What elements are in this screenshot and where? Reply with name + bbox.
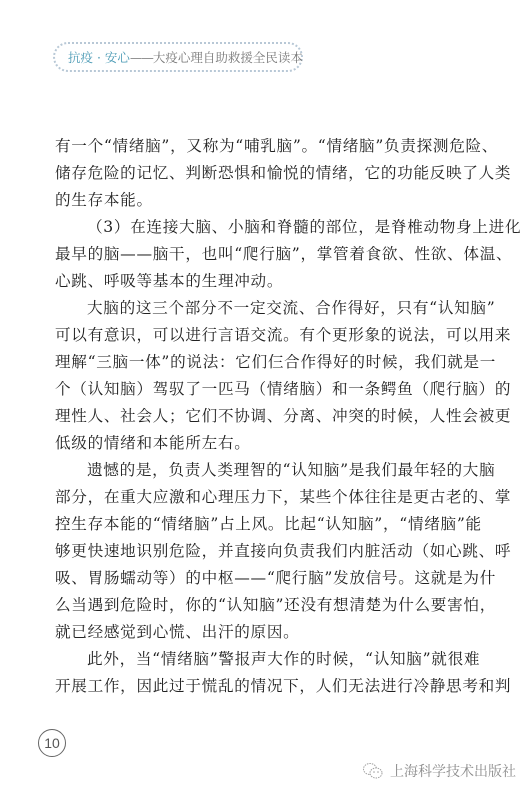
header-dash: ——	[130, 50, 153, 65]
text-line: 理解“三脑一体”的说法：它们仨合作得好的时候，我们就是一	[55, 349, 467, 376]
book-title: 大疫心理自助救援全民读本	[153, 48, 303, 66]
text-line: 此外，当“情绪脑”警报声大作的时候，“认知脑”就很难	[55, 646, 467, 673]
text-line: 有一个“情绪脑”，又称为“哺乳脑”。“情绪脑”负责探测危险、	[55, 133, 467, 160]
text-line: 可以有意识，可以进行言语交流。有个更形象的说法，可以用来	[55, 322, 467, 349]
paragraph: 大脑的这三个部分不一定交流、合作得好，只有“认知脑” 可以有意识，可以进行言语交…	[55, 295, 467, 457]
paragraph: 此外，当“情绪脑”警报声大作的时候，“认知脑”就很难 开展工作，因此过于慌乱的情…	[55, 646, 467, 700]
text-line: 心跳、呼吸等基本的生理冲动。	[55, 268, 467, 295]
paragraph: 遗憾的是，负责人类理智的“认知脑”是我们最年轻的大脑 部分，在重大应激和心理压力…	[55, 457, 467, 646]
text-line: 够更快速地识别危险，并直接向负责我们内脏活动（如心跳、呼	[55, 538, 467, 565]
running-header: 抗疫 · 安心 —— 大疫心理自助救援全民读本	[53, 42, 303, 72]
paragraph: （3）在连接大脑、小脑和脊髓的部位，是脊椎动物身上进化 最早的脑——脑干，也叫“…	[55, 214, 467, 295]
text-line: 遗憾的是，负责人类理智的“认知脑”是我们最年轻的大脑	[55, 457, 467, 484]
paragraph: 有一个“情绪脑”，又称为“哺乳脑”。“情绪脑”负责探测危险、 储存危险的记忆、判…	[55, 133, 467, 214]
text-line: （3）在连接大脑、小脑和脊髓的部位，是脊椎动物身上进化	[55, 214, 467, 241]
page-number: 10	[38, 729, 66, 757]
text-line: 大脑的这三个部分不一定交流、合作得好，只有“认知脑”	[55, 295, 467, 322]
text-line: 低级的情绪和本能所左右。	[55, 430, 467, 457]
publisher-watermark: 上海科学技术出版社	[362, 760, 516, 782]
wechat-icon	[362, 762, 384, 780]
page-body: 有一个“情绪脑”，又称为“哺乳脑”。“情绪脑”负责探测危险、 储存危险的记忆、判…	[55, 133, 467, 700]
series-name: 抗疫 · 安心	[68, 48, 130, 66]
text-line: 储存危险的记忆、判断恐惧和愉悦的情绪，它的功能反映了人类	[55, 160, 467, 187]
text-line: 的生存本能。	[55, 187, 467, 214]
text-line: 理性人、社会人；它们不协调、分离、冲突的时候，人性会被更	[55, 403, 467, 430]
text-line: 么当遇到危险时，你的“认知脑”还没有想清楚为什么要害怕，	[55, 592, 467, 619]
text-line: 个（认知脑）驾驭了一匹马（情绪脑）和一条鳄鱼（爬行脑）的	[55, 376, 467, 403]
text-line: 最早的脑——脑干，也叫“爬行脑”，掌管着食欲、性欲、体温、	[55, 241, 467, 268]
text-line: 部分，在重大应激和心理压力下，某些个体往往是更古老的、掌	[55, 484, 467, 511]
publisher-name: 上海科学技术出版社	[390, 761, 516, 781]
text-line: 控生存本能的“情绪脑”占上风。比起“认知脑”，“情绪脑”能	[55, 511, 467, 538]
text-line: 开展工作，因此过于慌乱的情况下，人们无法进行冷静思考和判	[55, 673, 467, 700]
text-line: 吸、胃肠蠕动等）的中枢——“爬行脑”发放信号。这就是为什	[55, 565, 467, 592]
text-line: 就已经感觉到心慌、出汗的原因。	[55, 619, 467, 646]
